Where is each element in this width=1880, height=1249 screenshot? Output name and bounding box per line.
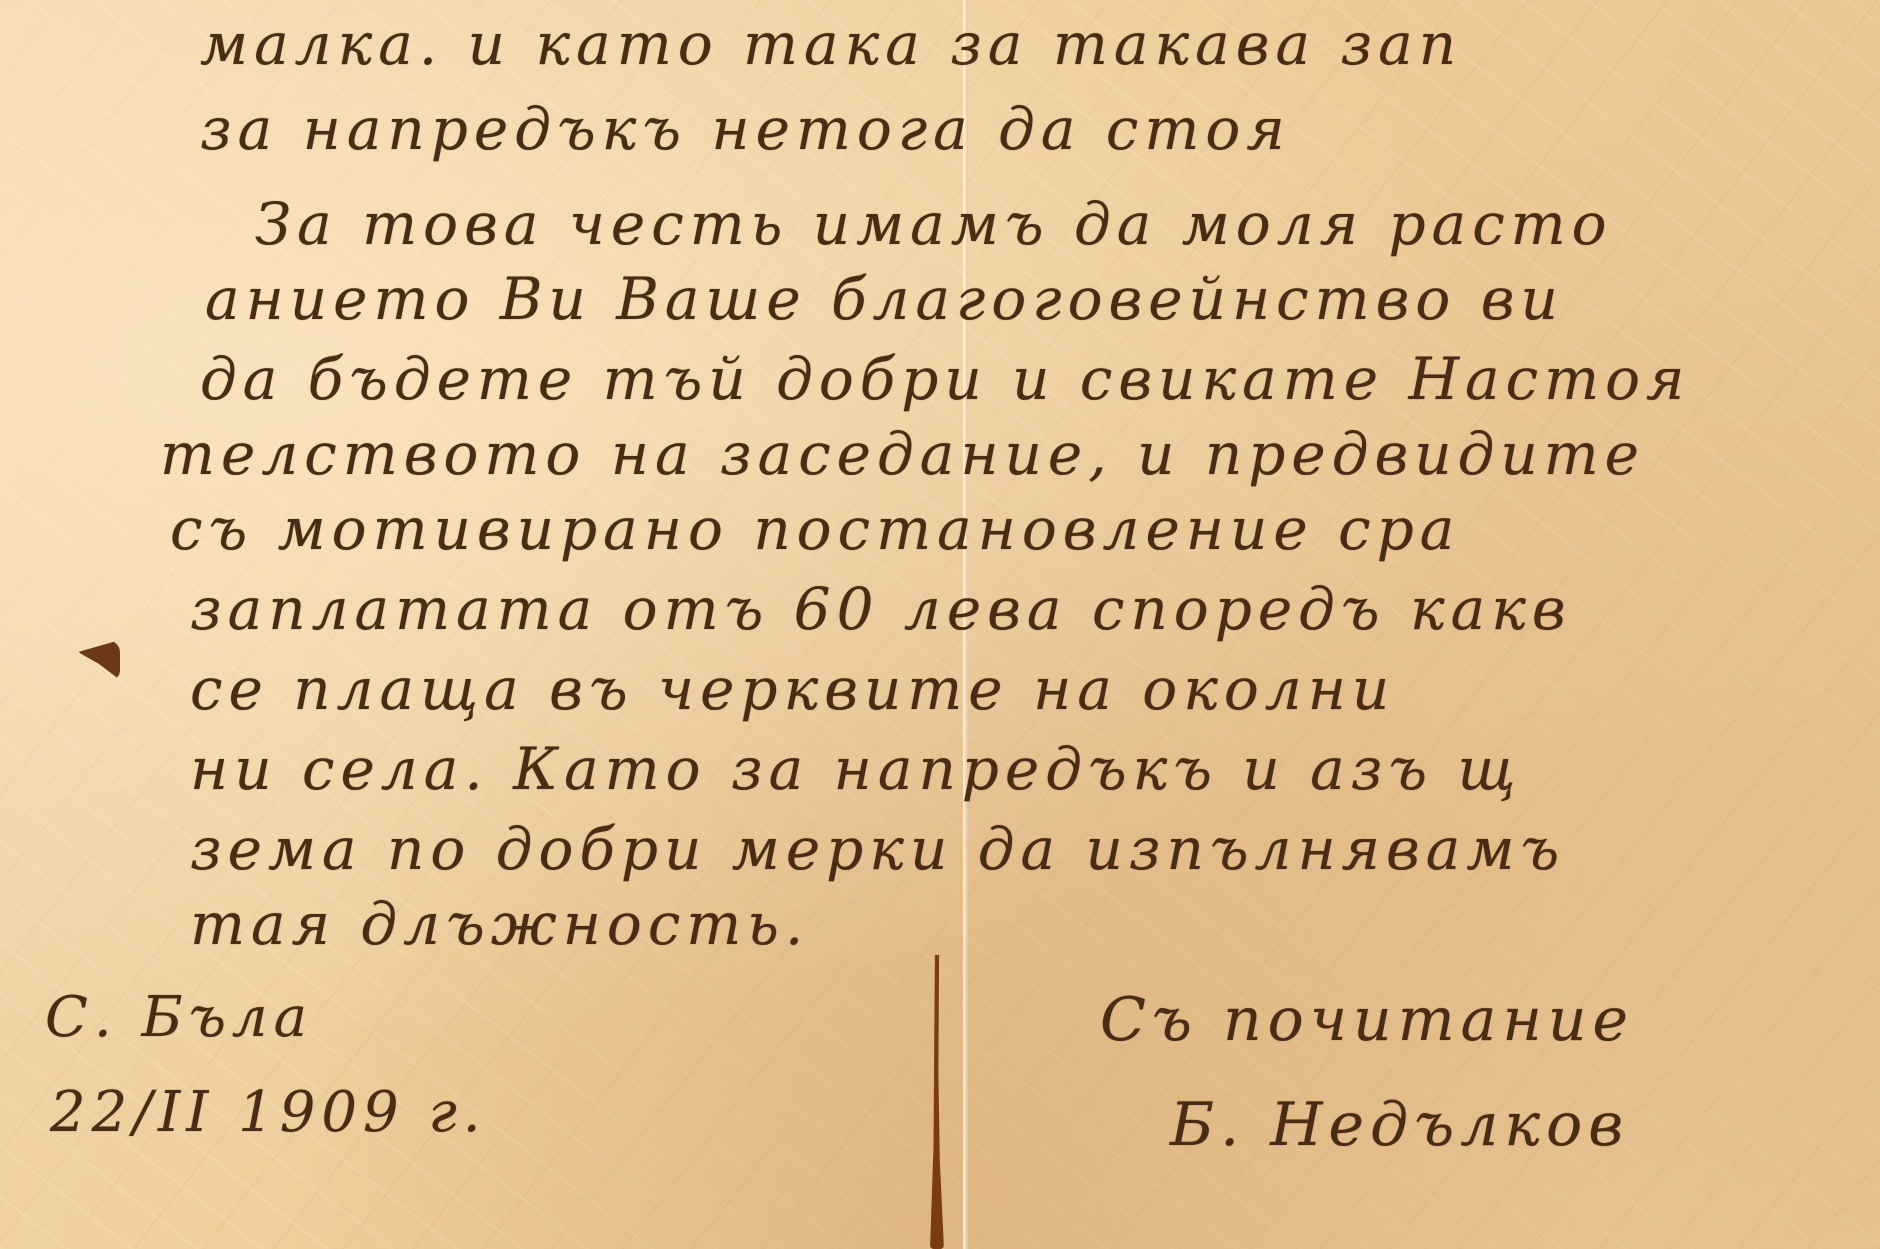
body-line: За това честь имамъ да моля расто	[255, 190, 1613, 258]
body-line: да бъдете тъй добри и свикате Настоя	[200, 345, 1690, 413]
body-line: зема по добри мерки да изпълнявамъ	[190, 815, 1565, 883]
closing-salutation: Съ почитание	[1100, 985, 1634, 1055]
body-line: съ мотивирано постановление сра	[170, 495, 1460, 563]
place-name: С. Бъла	[45, 985, 313, 1050]
body-line: анието Ви Ваше благоговейнство ви	[205, 265, 1564, 333]
body-line: за напредъкъ нетога да стоя	[200, 95, 1291, 163]
signature: Б. Недълков	[1170, 1090, 1629, 1160]
body-line: телството на заседание, и предвидите	[160, 420, 1645, 488]
body-line: се плаща въ черквите на околни	[190, 655, 1395, 723]
letter-date: 22/II 1909 г.	[50, 1080, 487, 1145]
body-line: ни села. Като за напредъкъ и азъ щ	[190, 735, 1522, 803]
body-line: тая длъжность.	[190, 890, 809, 958]
body-line: малка. и като така за такава зап	[200, 10, 1462, 78]
body-line: заплатата отъ 60 лева споредъ какв	[190, 575, 1572, 643]
